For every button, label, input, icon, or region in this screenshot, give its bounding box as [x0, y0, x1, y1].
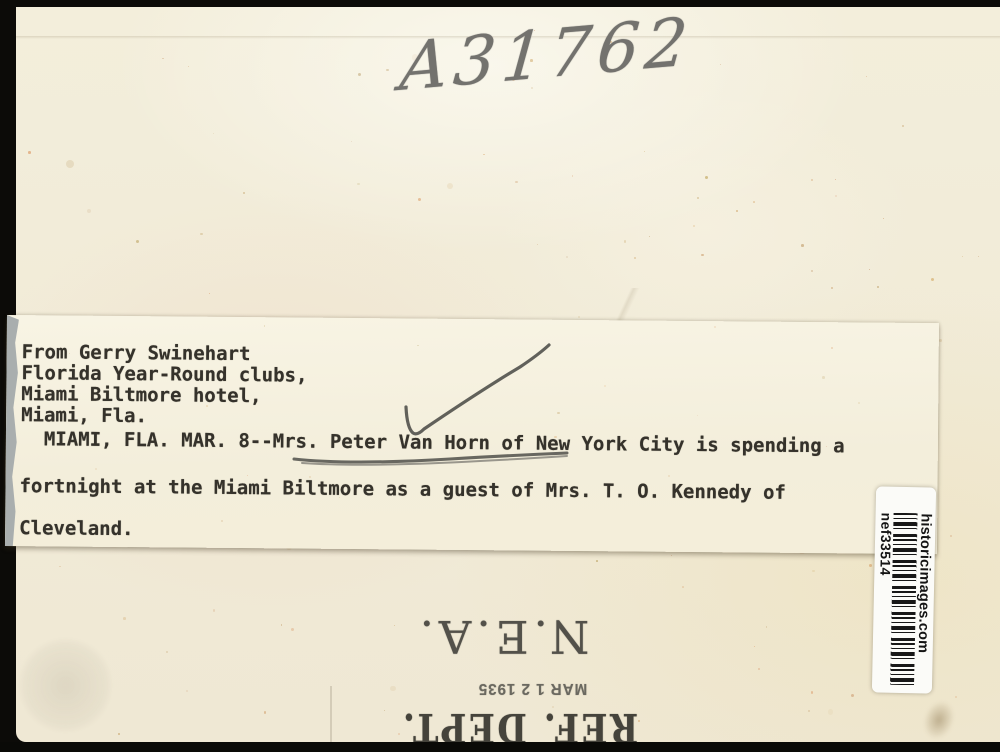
- paper-crease-vertical: [330, 686, 332, 742]
- scanned-photo-back: A31762 N.E.A. MAR 1 2 1935 REF. DEPT. Fr…: [0, 0, 1000, 752]
- nea-agency-stamp: N.E.A.: [412, 613, 592, 659]
- scan-border-top: [0, 0, 1000, 7]
- barcode-sticker-face: historicimages.com nef33514: [872, 486, 936, 693]
- check-mark: [406, 345, 549, 434]
- caption-line: Cleveland.: [19, 517, 134, 540]
- sender-address-block: From Gerry Swinehart Florida Year-Round …: [21, 342, 308, 428]
- pencil-check-and-underline: [280, 335, 590, 475]
- slip-torn-edge: [5, 315, 19, 546]
- fingerprint-smudge: [18, 638, 113, 733]
- caption-line: fortnight at the Miami Biltmore as a gue…: [19, 475, 786, 504]
- scan-border-bottom: [0, 742, 1000, 752]
- sender-line: Miami, Fla.: [21, 405, 307, 428]
- barcode: [890, 513, 918, 685]
- barcode-sticker: historicimages.com nef33514: [872, 486, 936, 693]
- date-received-stamp: MAR 1 2 1935: [464, 678, 602, 698]
